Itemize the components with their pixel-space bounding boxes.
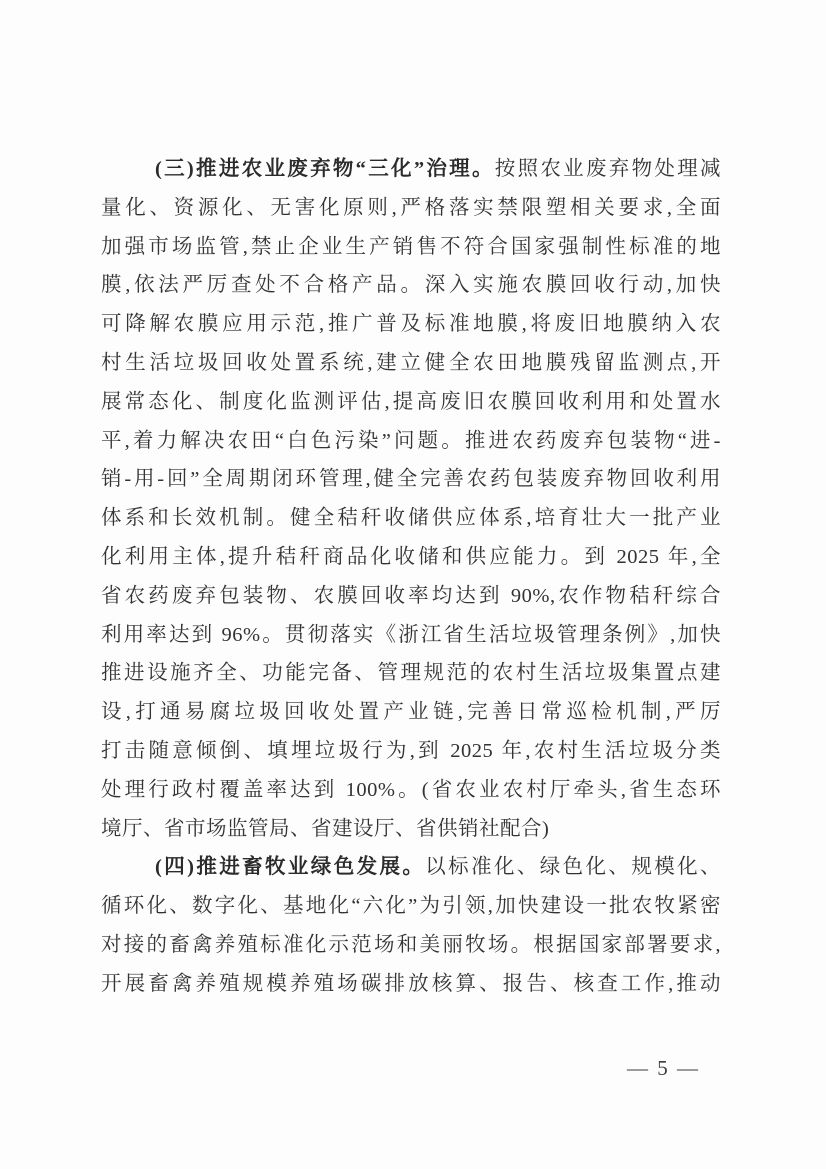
paragraph-line: 利用率达到 96%。贯彻落实《浙江省生活垃圾管理条例》,加快 (101, 616, 721, 655)
paragraph-line: 村生活垃圾回收处置系统,建立健全农田地膜残留监测点,开 (101, 344, 721, 383)
paragraph-line: 加强市场监管,禁止企业生产销售不符合国家强制性标准的地 (101, 228, 721, 267)
paragraph-line: 推进设施齐全、功能完备、管理规范的农村生活垃圾集置点建 (101, 654, 721, 693)
section-4-paragraph: (四)推进畜牧业绿色发展。以标准化、绿色化、规模化、 循环化、数字化、基地化“六… (101, 848, 721, 1003)
page-number: — 5 — (627, 1053, 700, 1083)
paragraph-line: 化利用主体,提升秸秆商品化收储和供应能力。到 2025 年,全 (101, 538, 721, 577)
paragraph-line: 境厅、省市场监管局、省建设厅、省供销社配合) (101, 810, 721, 849)
paragraph-line: (四)推进畜牧业绿色发展。以标准化、绿色化、规模化、 (101, 848, 721, 887)
paragraph-line: 对接的畜禽养殖标准化示范场和美丽牧场。根据国家部署要求, (101, 926, 721, 965)
section-4-heading: (四)推进畜牧业绿色发展。 (155, 856, 425, 878)
document-body: (三)推进农业废弃物“三化”治理。按照农业废弃物处理减 量化、资源化、无害化原则… (101, 150, 721, 1004)
paragraph-line: 体系和长效机制。健全秸秆收储供应体系,培育壮大一批产业 (101, 499, 721, 538)
paragraph-line: 量化、资源化、无害化原则,严格落实禁限塑相关要求,全面 (101, 189, 721, 228)
paragraph-line: 循环化、数字化、基地化“六化”为引领,加快建设一批农牧紧密 (101, 887, 721, 926)
paragraph-line: (三)推进农业废弃物“三化”治理。按照农业废弃物处理减 (101, 150, 721, 189)
paragraph-line: 可降解农膜应用示范,推广普及标准地膜,将废旧地膜纳入农 (101, 305, 721, 344)
document-page: (三)推进农业废弃物“三化”治理。按照农业废弃物处理减 量化、资源化、无害化原则… (0, 0, 826, 1169)
paragraph-line: 设,打通易腐垃圾回收处置产业链,完善日常巡检机制,严厉 (101, 693, 721, 732)
line-text: 以标准化、绿色化、规模化、 (425, 856, 721, 878)
paragraph-line: 膜,依法严厉查处不合格产品。深入实施农膜回收行动,加快 (101, 266, 721, 305)
paragraph-line: 处理行政村覆盖率达到 100%。(省农业农村厅牵头,省生态环 (101, 771, 721, 810)
line-text: 按照农业废弃物处理减 (495, 158, 721, 180)
paragraph-line: 展常态化、制度化监测评估,提高废旧农膜回收利用和处置水 (101, 383, 721, 422)
paragraph-line: 省农药废弃包装物、农膜回收率均达到 90%,农作物秸秆综合 (101, 577, 721, 616)
section-3-paragraph: (三)推进农业废弃物“三化”治理。按照农业废弃物处理减 量化、资源化、无害化原则… (101, 150, 721, 848)
section-3-heading: (三)推进农业废弃物“三化”治理。 (155, 158, 495, 180)
paragraph-line: 打击随意倾倒、填埋垃圾行为,到 2025 年,农村生活垃圾分类 (101, 732, 721, 771)
paragraph-line: 开展畜禽养殖规模养殖场碳排放核算、报告、核查工作,推动 (101, 965, 721, 1004)
paragraph-line: 平,着力解决农田“白色污染”问题。推进农药废弃包装物“进- (101, 422, 721, 461)
paragraph-line: 销-用-回”全周期闭环管理,健全完善农药包装废弃物回收利用 (101, 460, 721, 499)
